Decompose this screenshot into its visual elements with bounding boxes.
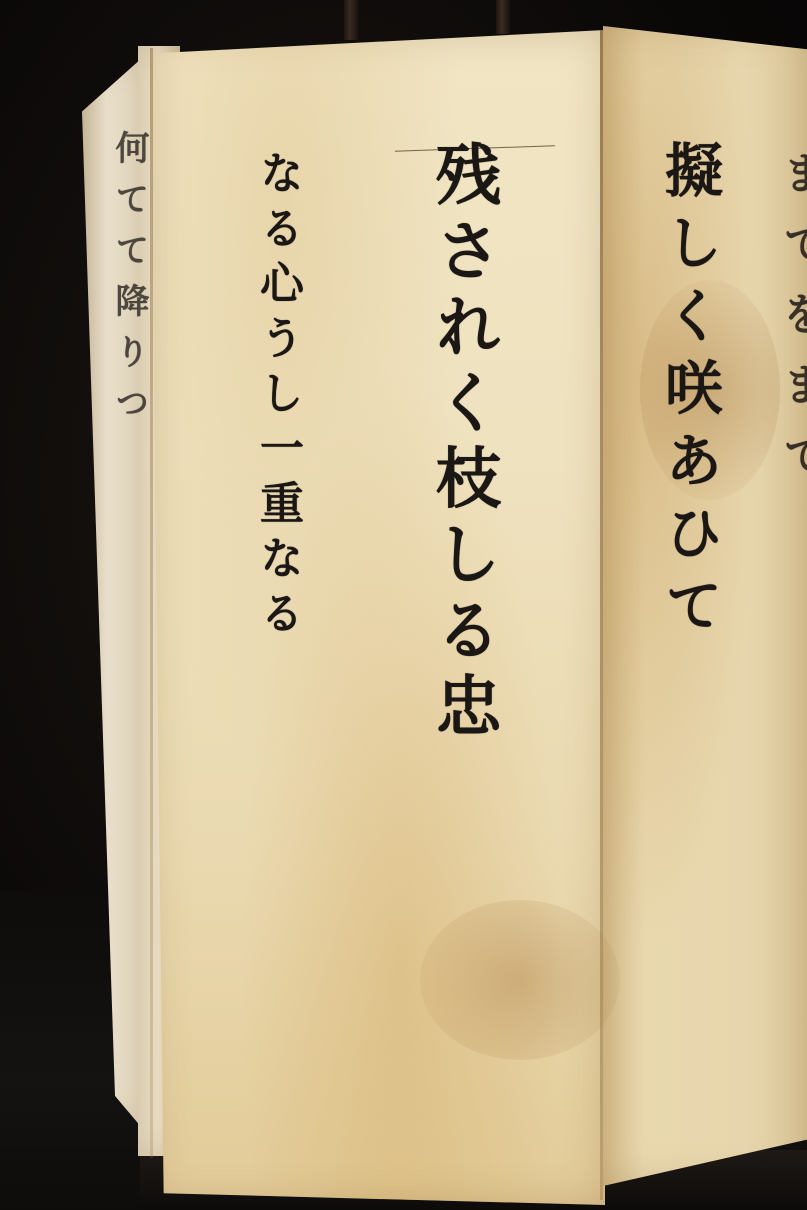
calligraphy-column-center-left: なる心うし一重なる <box>255 150 299 645</box>
calligraphy-column-far-right: まてをまて <box>778 150 807 502</box>
lantern-frame-rod <box>344 0 358 40</box>
calligraphy-column-far-left: 何てて降りつ <box>112 130 146 436</box>
photo-scene: 何てて降りつ なる心うし一重なる 残されく枝しる忠 擬しく咲あひて まてをまて … <box>0 0 807 1210</box>
calligraphy-column-right: 擬しく咲あひて <box>660 140 718 648</box>
lantern-frame-rod <box>496 0 510 34</box>
calligraphy-column-center-right: 残されく枝しる忠 <box>430 140 496 747</box>
water-stain <box>420 900 620 1060</box>
panel-fold-line <box>150 48 153 1158</box>
